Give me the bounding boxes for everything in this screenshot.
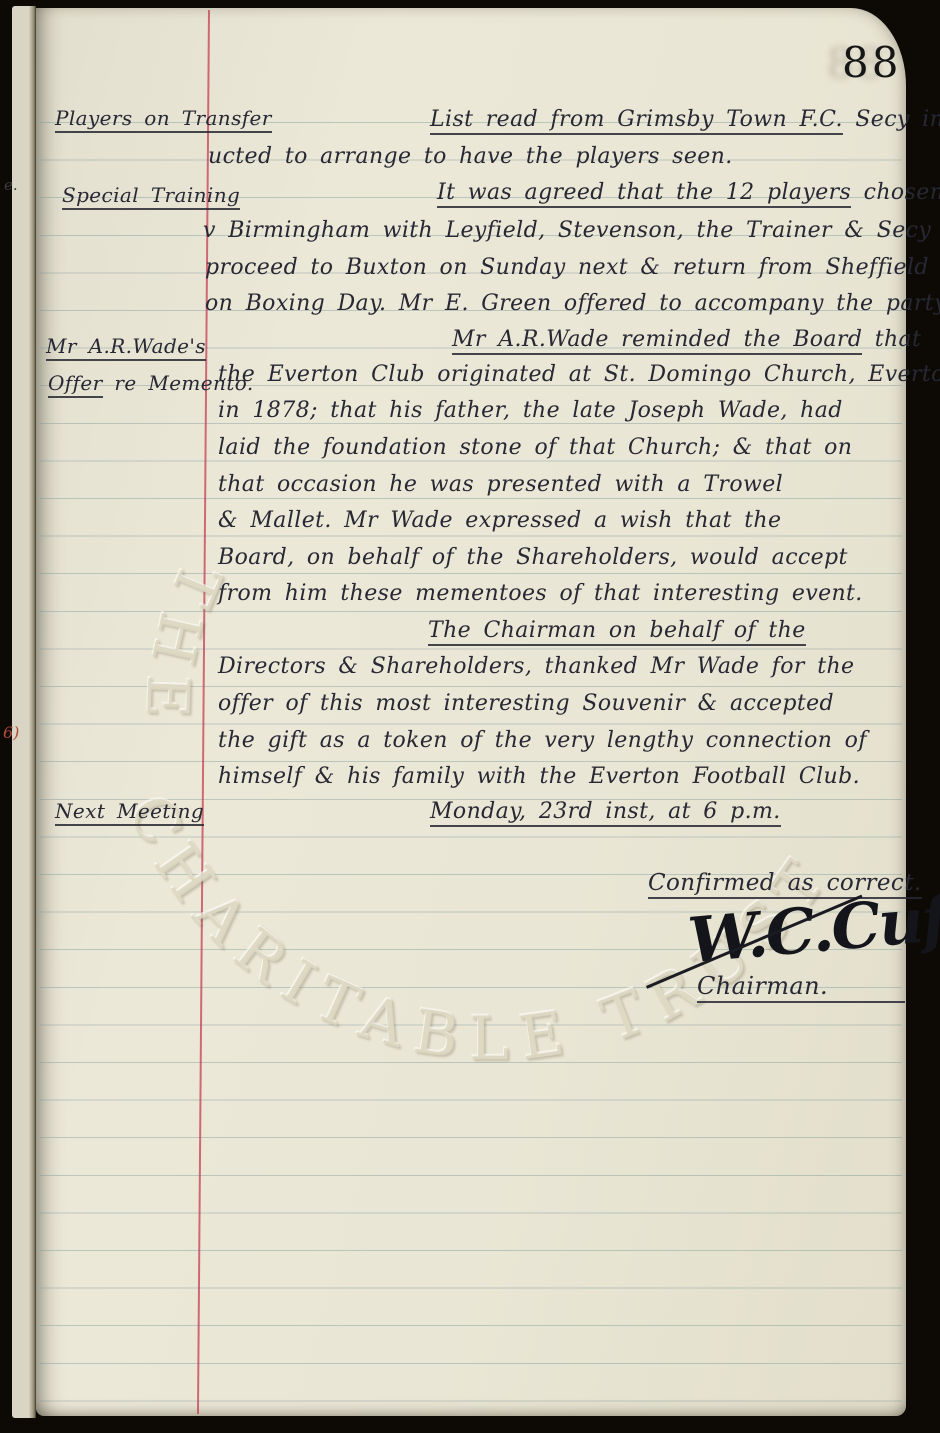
- minute-line: offer of this most interesting Souvenir …: [218, 690, 834, 718]
- minute-rest: in 1878; that his father, the late Josep…: [218, 398, 843, 423]
- minute-book-scan: CHARITABLE TRUST THE 88 e. 6) Players on…: [0, 0, 940, 1433]
- chairman-text: Chairman.: [697, 972, 905, 1003]
- minute-underlined: The Chairman on behalf of the: [428, 618, 806, 646]
- minute-underlined: Monday, 23rd inst, at 6 p.m.: [430, 799, 781, 827]
- minute-rest: chosen: [851, 180, 940, 205]
- minute-line: ucted to arrange to have the players see…: [208, 143, 733, 171]
- heading-players-on-transfer: Players on Transfer: [55, 104, 272, 132]
- heading-text: Mr A.R.Wade's: [46, 334, 206, 361]
- minute-rest: from him these mementoes of that interes…: [218, 581, 863, 606]
- minute-line: Board, on behalf of the Shareholders, wo…: [218, 544, 848, 572]
- minute-line: proceed to Buxton on Sunday next & retur…: [205, 254, 929, 282]
- minute-line: from him these mementoes of that interes…: [218, 580, 863, 608]
- red-folio-note: 6): [3, 723, 19, 742]
- minute-line: v Birmingham with Leyfield, Stevenson, t…: [203, 217, 931, 245]
- minute-rest: ucted to arrange to have the players see…: [208, 144, 733, 169]
- minute-line: Directors & Shareholders, thanked Mr Wad…: [218, 653, 854, 681]
- minute-rest: himself & his family with the Everton Fo…: [218, 764, 860, 789]
- heading-special-training: Special Training: [62, 181, 240, 209]
- minute-rest: Directors & Shareholders, thanked Mr Wad…: [218, 654, 854, 679]
- minute-line: Mr A.R.Wade reminded the Board that: [452, 326, 921, 354]
- page-number: 88: [842, 38, 901, 87]
- minute-line: the Everton Club originated at St. Domin…: [218, 361, 940, 389]
- minute-rest: offer of this most interesting Souvenir …: [218, 691, 834, 716]
- minute-rest: the Everton Club originated at St. Domin…: [218, 362, 940, 387]
- minute-rest: that: [862, 327, 921, 352]
- minute-underlined: List read from Grimsby Town F.C.: [430, 107, 843, 135]
- minute-line: himself & his family with the Everton Fo…: [218, 763, 860, 791]
- heading-wade-offer-line1: Mr A.R.Wade's: [46, 332, 206, 360]
- heading-text-underlined: Offer: [48, 371, 103, 398]
- previous-page-edge: [12, 6, 36, 1418]
- minute-rest: on Boxing Day. Mr E. Green offered to ac…: [205, 291, 940, 316]
- minute-rest: v Birmingham with Leyfield, Stevenson, t…: [203, 218, 931, 243]
- minute-rest: the gift as a token of the very lengthy …: [218, 728, 867, 753]
- minute-line: Monday, 23rd inst, at 6 p.m.: [430, 798, 781, 826]
- minute-rest: & Mallet. Mr Wade expressed a wish that …: [218, 508, 781, 533]
- minute-line: the gift as a token of the very lengthy …: [218, 727, 867, 755]
- minute-rest: proceed to Buxton on Sunday next & retur…: [205, 255, 929, 280]
- minute-line: in 1878; that his father, the late Josep…: [218, 397, 843, 425]
- heading-text: Special Training: [62, 183, 240, 210]
- minute-line: It was agreed that the 12 players chosen: [437, 179, 940, 207]
- heading-text: Players on Transfer: [55, 106, 272, 133]
- minute-rest: laid the foundation stone of that Church…: [218, 435, 852, 460]
- minute-rest: that occasion he was presented with a Tr…: [218, 472, 783, 497]
- heading-text: Next Meeting: [55, 799, 204, 826]
- minute-rest: Board, on behalf of the Shareholders, wo…: [218, 545, 848, 570]
- minute-underlined: It was agreed that the 12 players: [437, 180, 851, 208]
- heading-next-meeting: Next Meeting: [55, 797, 204, 825]
- minute-underlined: Mr A.R.Wade reminded the Board: [452, 327, 862, 355]
- minute-line: & Mallet. Mr Wade expressed a wish that …: [218, 507, 781, 535]
- previous-page-edge-note: e.: [4, 176, 18, 194]
- minute-line: The Chairman on behalf of the: [428, 617, 806, 645]
- chairman-label: Chairman.: [697, 972, 905, 1003]
- minute-line: laid the foundation stone of that Church…: [218, 434, 852, 462]
- minute-line: on Boxing Day. Mr E. Green offered to ac…: [205, 290, 940, 318]
- minute-line: List read from Grimsby Town F.C. Secy in…: [430, 106, 940, 134]
- minute-line: that occasion he was presented with a Tr…: [218, 471, 783, 499]
- minute-rest: Secy instr-: [843, 107, 940, 132]
